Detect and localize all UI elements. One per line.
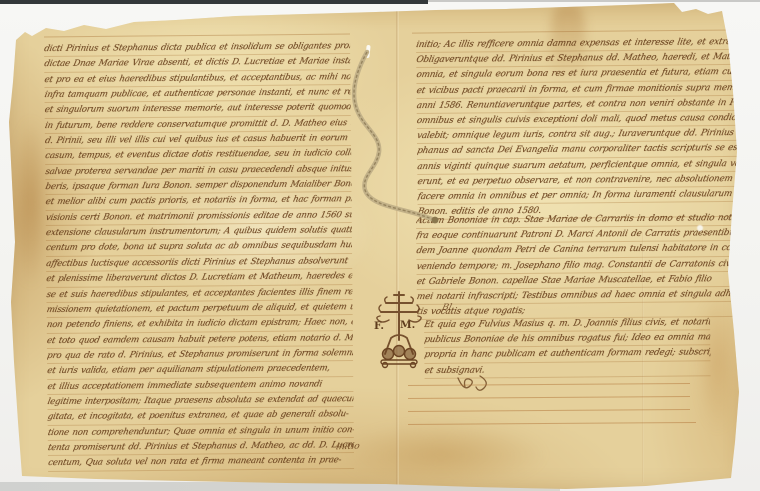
photo-top-grey-edge bbox=[428, 0, 760, 2]
right-page-text-block-1: initio; Ac illis refficere omnia damna e… bbox=[416, 35, 742, 220]
blank-ruled-line bbox=[408, 383, 690, 386]
notary-initial-f: F. bbox=[374, 320, 384, 332]
stain-bottom-center bbox=[336, 422, 546, 487]
catchword: initio bbox=[335, 442, 360, 453]
ruled-line-top-left-page bbox=[44, 34, 350, 38]
blank-ruled-line bbox=[408, 422, 696, 425]
margin-abbreviation-mark: Bl bbox=[441, 303, 453, 313]
blank-ruled-line bbox=[408, 396, 690, 399]
paper-slit bbox=[365, 45, 370, 58]
fold-crease-center bbox=[396, 8, 399, 486]
paper-fleck bbox=[697, 225, 703, 231]
actum-block: Actum Bononiae in cap. Stae Mariae de Ca… bbox=[416, 211, 741, 320]
notary-initial-m: M. bbox=[400, 319, 415, 331]
text-line: centum, Qua soluta vel non rata et firma… bbox=[48, 453, 354, 471]
manuscript-photo: dicti Pirinius et Stephanus dicta public… bbox=[0, 0, 760, 491]
photo-top-dark-edge bbox=[0, 0, 428, 4]
manuscript-paper: dicti Pirinius et Stephanus dicta public… bbox=[6, 2, 746, 491]
blank-ruled-line bbox=[408, 409, 690, 412]
attestation-block: Et quia ego Fulvius Masius q. m. D. Joan… bbox=[424, 315, 711, 378]
ruled-line-top-right-page bbox=[412, 29, 740, 33]
left-page-text: dicti Pirinius et Stephanus dicta public… bbox=[44, 39, 354, 472]
